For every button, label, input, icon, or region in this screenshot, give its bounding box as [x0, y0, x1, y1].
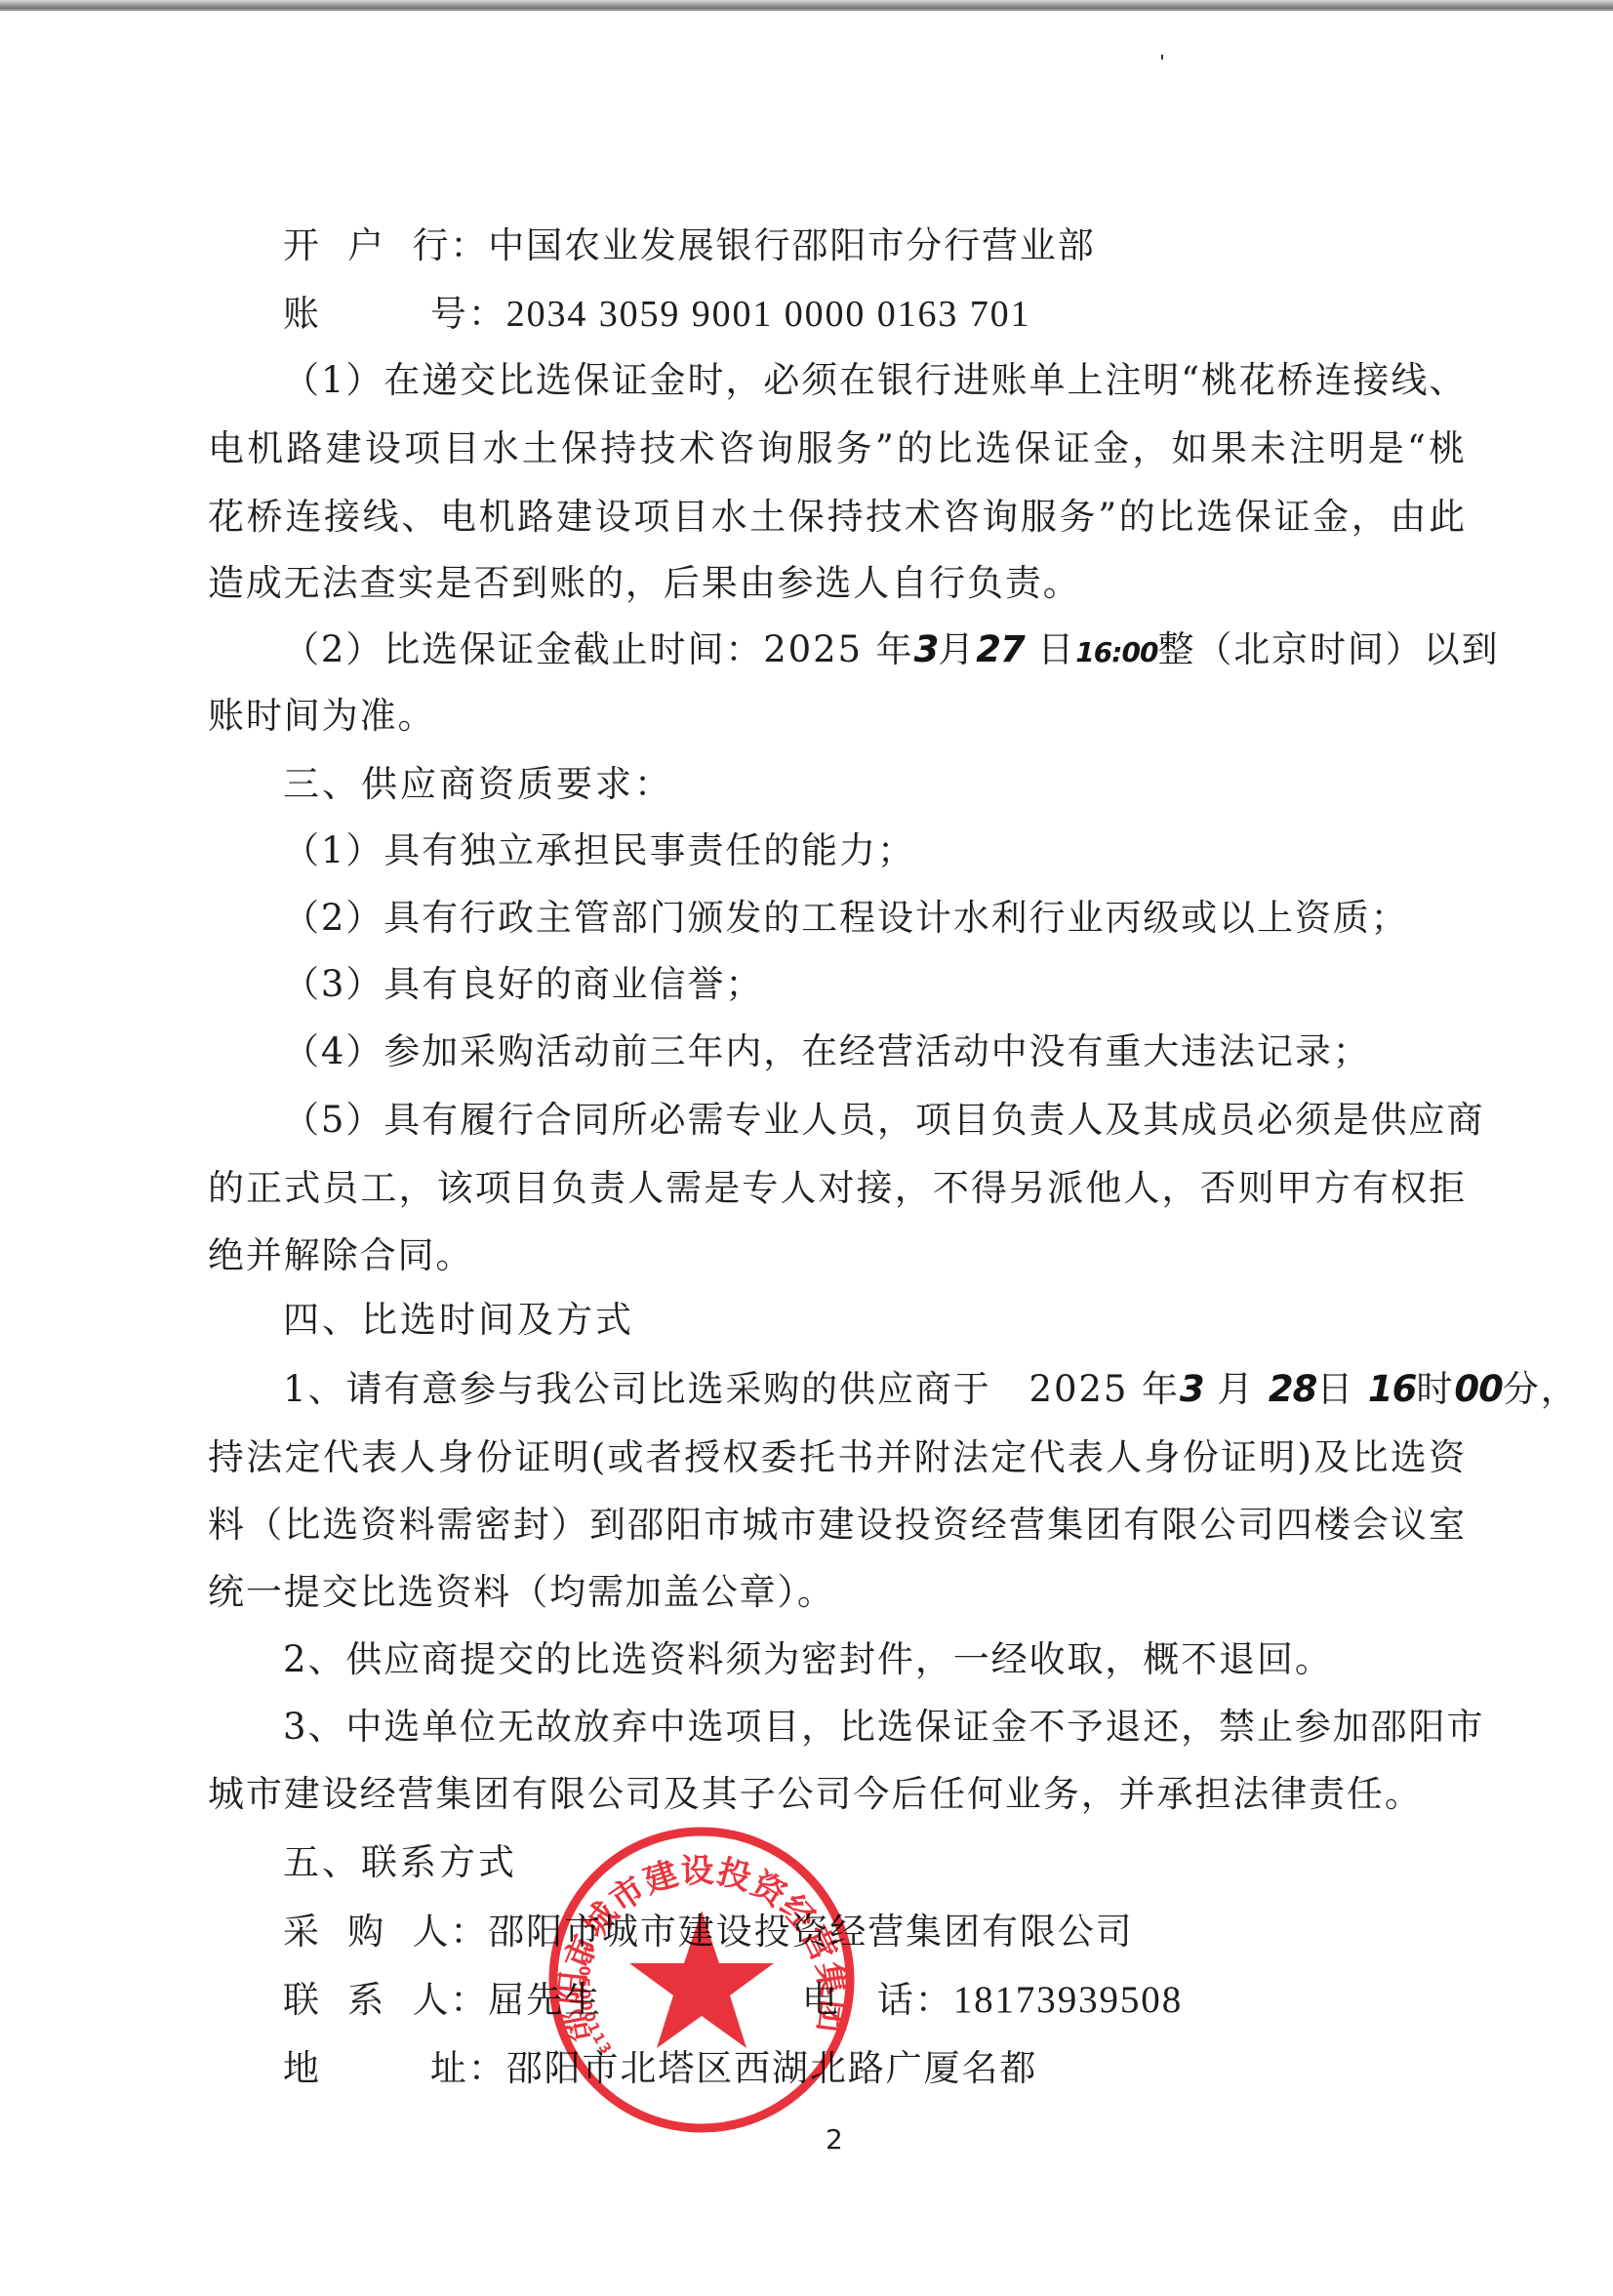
qualification-item-5-line-3: 绝并解除合同。: [208, 1232, 1467, 1279]
qualification-item-5-line-1: （5）具有履行合同所必需专业人员，项目负责人及其成员必须是供应商: [283, 1097, 1467, 1144]
address-line: 地址：邵阳市北塔区西湖北路广厦名都: [283, 2045, 1542, 2092]
bank-line: 开 户 行：中国农业发展银行邵阳市分行营业部: [283, 222, 1542, 269]
section-3-heading: 三、供应商资质要求：: [283, 761, 1542, 808]
document-page: 开 户 行：中国农业发展银行邵阳市分行营业部 账号：2034 3059 9001…: [0, 0, 1613, 2296]
handwritten-month: 3: [1180, 1368, 1204, 1410]
handwritten-month: 3: [914, 628, 939, 670]
submission-item-1-line-1: 1、请有意参与我公司比选采购的供应商于 2025 年3 月 28日 16时00分…: [283, 1366, 1542, 1413]
qualification-item-5-line-2: 的正式员工，该项目负责人需是专人对接，不得另派他人，否则甲方有权拒: [208, 1165, 1467, 1212]
deposit-note-1-line-3: 花桥连接线、电机路建设项目水土保持技术咨询服务”的比选保证金，由此: [208, 494, 1467, 541]
bank-label: 开 户 行：: [283, 224, 488, 266]
qualification-item-4: （4）参加采购活动前三年内，在经营活动中没有重大违法记录；: [283, 1028, 1542, 1075]
section-4-heading: 四、比选时间及方式: [283, 1297, 1542, 1344]
contact-label: 联 系 人：: [283, 1979, 488, 2021]
submission-item-2: 2、供应商提交的比选资料须为密封件，一经收取，概不退回。: [283, 1636, 1542, 1683]
address-label: 地址：: [283, 2047, 506, 2089]
purchaser-line: 采 购 人：邵阳市城市建设投资经营集团有限公司: [283, 1909, 1542, 1955]
address-value: 邵阳市北塔区西湖北路广厦名都: [506, 2047, 1038, 2089]
submission-item-1-line-3: 料（比选资料需密封）到邵阳市城市建设投资经营集团有限公司四楼会议室: [208, 1502, 1467, 1549]
submission-item-1-line-2: 持法定代表人身份证明(或者授权委托书并附法定代表人身份证明)及比选资: [208, 1434, 1467, 1481]
handwritten-time: 16:00: [1075, 636, 1157, 668]
phone-number: 18173939508: [953, 1979, 1183, 2021]
deposit-deadline-line-2: 账时间为准。: [208, 693, 1467, 740]
submission-item-1-line-4: 统一提交比选资料（均需加盖公章）。: [208, 1569, 1467, 1616]
account-line: 账号：2034 3059 9001 0000 0163 701: [283, 291, 1542, 338]
page-number: 2: [826, 2123, 843, 2155]
account-number: 2034 3059 9001 0000 0163 701: [506, 294, 1031, 335]
section-5-heading: 五、联系方式: [283, 1839, 1542, 1886]
qualification-item-3: （3）具有良好的商业信誉；: [283, 961, 1542, 1008]
account-label: 账号：: [283, 293, 506, 335]
deposit-note-1-line-2: 电机路建设项目水土保持技术咨询服务”的比选保证金，如果未注明是“桃: [208, 425, 1467, 472]
purchaser-label: 采 购 人：: [283, 1911, 488, 1953]
phone-label: 电话：: [802, 1979, 953, 2021]
handwritten-minute: 00: [1454, 1368, 1503, 1410]
handwritten-hour: 16: [1368, 1368, 1417, 1410]
submission-item-3-line-1: 3、中选单位无故放弃中选项目，比选保证金不予退还，禁止参加邵阳市: [283, 1704, 1467, 1751]
contact-name: 屈先生: [488, 1979, 602, 2021]
deposit-deadline-line: （2）比选保证金截止时间：2025 年3月27 日16:00整（北京时间）以到: [283, 626, 1542, 673]
bank-value: 中国农业发展银行邵阳市分行营业部: [488, 224, 1095, 266]
qualification-item-1: （1）具有独立承担民事责任的能力；: [283, 827, 1542, 874]
handwritten-day: 27: [976, 628, 1025, 670]
deposit-note-1-line-4: 造成无法查实是否到账的，后果由参选人自行负责。: [208, 560, 1467, 607]
handwritten-day: 28: [1269, 1368, 1317, 1410]
qualification-item-2: （2）具有行政主管部门颁发的工程设计水利行业丙级或以上资质；: [283, 895, 1542, 942]
contact-line: 联 系 人：屈先生电话：18173939508: [283, 1977, 1542, 2024]
purchaser-value: 邵阳市城市建设投资经营集团有限公司: [488, 1911, 1133, 1953]
deposit-note-1-line-1: （1）在递交比选保证金时，必须在银行进账单上注明“桃花桥连接线、: [283, 357, 1467, 404]
submission-item-3-line-2: 城市建设经营集团有限公司及其子公司今后任何业务，并承担法律责任。: [208, 1771, 1467, 1818]
